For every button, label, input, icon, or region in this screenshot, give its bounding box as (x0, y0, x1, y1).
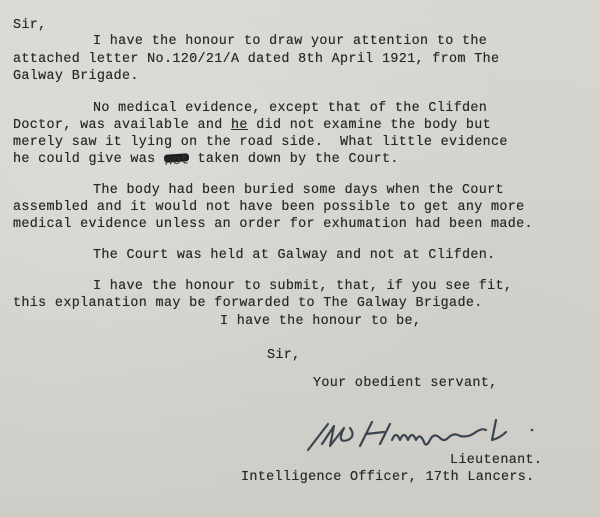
para5-line1: I have the honour to submit, that, if yo… (93, 279, 512, 295)
para1-line3: Galway Brigade. (13, 69, 139, 85)
para2-line2-a: Doctor, was available and (13, 118, 231, 133)
para2-line2-b: did not examine the body but (248, 118, 491, 133)
letter-document: Sir, I have the honour to draw your atte… (0, 0, 600, 517)
rank: Lieutenant. (450, 453, 542, 469)
para3-line1: The body had been buried some days when … (93, 183, 504, 199)
para2-line1: No medical evidence, except that of the … (93, 101, 487, 117)
para3-line2: assembled and it would not have been pos… (13, 200, 525, 216)
closing-line2: Sir, (267, 348, 301, 364)
para5-line2: this explanation may be forwarded to The… (13, 296, 483, 312)
closing-line1: I have the honour to be, (220, 314, 421, 330)
para2-line3: merely saw it lying on the road side. Wh… (13, 135, 508, 151)
para1-line1: I have the honour to draw your attention… (93, 34, 487, 50)
para3-line3: medical evidence unless an order for exh… (13, 217, 533, 233)
struck-out-word: not (164, 154, 190, 164)
para2-line2: Doctor, was available and he did not exa… (13, 118, 491, 134)
officer-title: Intelligence Officer, 17th Lancers. (241, 470, 535, 486)
para4-line1: The Court was held at Galway and not at … (93, 248, 496, 264)
para2-line4: he could give was not taken down by the … (13, 152, 399, 168)
para2-line4-b: taken down by the Court. (189, 152, 399, 167)
para2-line4-a: he could give was (13, 152, 164, 167)
closing-line3: Your obedient servant, (313, 376, 498, 392)
para1-line2: attached letter No.120/21/A dated 8th Ap… (13, 52, 499, 68)
salutation: Sir, (13, 18, 47, 34)
underlined-word: he (231, 118, 248, 133)
